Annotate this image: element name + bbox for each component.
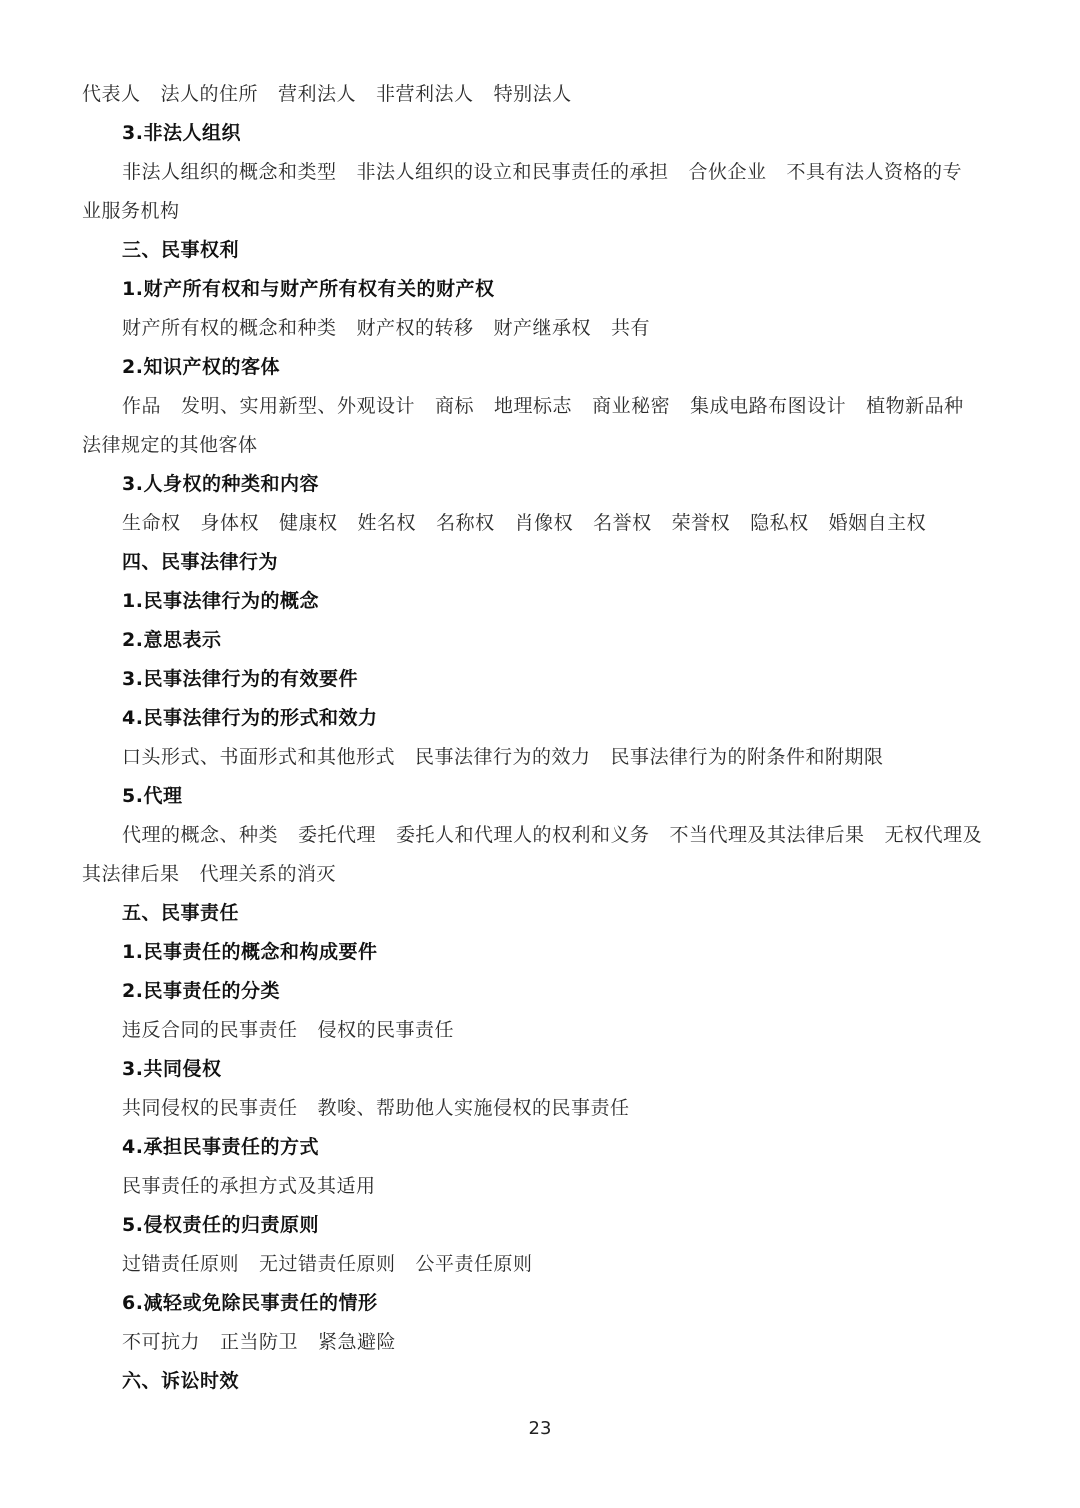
heading-text: 3.共同侵权: [122, 1058, 221, 1080]
topic-item: 特别法人: [494, 83, 572, 105]
topic-item: 侵权的民事责任: [318, 1019, 455, 1041]
paragraph-line: 作品发明、实用新型、外观设计商标地理标志商业秘密集成电路布图设计植物新品种: [122, 394, 1002, 418]
topic-item: 正当防卫: [220, 1331, 298, 1353]
heading-text: 4.承担民事责任的方式: [122, 1136, 319, 1158]
topic-item: 财产继承权: [494, 317, 592, 339]
document-page: 代表人法人的住所营利法人非营利法人特别法人3.非法人组织非法人组织的概念和类型非…: [0, 0, 1080, 1508]
topic-item: 名称权: [436, 512, 495, 534]
topic-item: 财产所有权的概念和种类: [122, 317, 337, 339]
topic-item: 作品: [122, 395, 161, 417]
topic-item: 发明、实用新型、外观设计: [181, 395, 415, 417]
topic-item: 委托人和代理人的权利和义务: [396, 824, 650, 846]
section-heading: 1.民事责任的概念和构成要件: [122, 940, 1002, 964]
topic-item: 违反合同的民事责任: [122, 1019, 298, 1041]
topic-item: 荣誉权: [672, 512, 731, 534]
topic-item: 委托代理: [298, 824, 376, 846]
heading-text: 三、民事权利: [122, 239, 239, 261]
topic-item: 非法人组织的概念和类型: [122, 161, 337, 183]
section-heading: 五、民事责任: [122, 901, 1002, 925]
topic-item: 商业秘密: [592, 395, 670, 417]
paragraph-line: 代表人法人的住所营利法人非营利法人特别法人: [82, 82, 1002, 106]
topic-item: 法律规定的其他客体: [82, 434, 258, 456]
section-heading: 2.意思表示: [122, 628, 1002, 652]
paragraph-line: 财产所有权的概念和种类财产权的转移财产继承权共有: [122, 316, 1002, 340]
topic-item: 身体权: [201, 512, 260, 534]
topic-item: 姓名权: [358, 512, 417, 534]
paragraph-line: 生命权身体权健康权姓名权名称权肖像权名誉权荣誉权隐私权婚姻自主权: [122, 511, 1002, 535]
topic-item: 代表人: [82, 83, 141, 105]
topic-item: 植物新品种: [866, 395, 964, 417]
topic-item: 法人的住所: [161, 83, 259, 105]
heading-text: 5.代理: [122, 785, 182, 807]
topic-item: 不具有法人资格的专: [787, 161, 963, 183]
topic-item: 共同侵权的民事责任: [122, 1097, 298, 1119]
page-number: 23: [0, 1418, 1080, 1439]
heading-text: 2.知识产权的客体: [122, 356, 280, 378]
topic-item: 过错责任原则: [122, 1253, 239, 1275]
section-heading: 2.知识产权的客体: [122, 355, 1002, 379]
heading-text: 1.财产所有权和与财产所有权有关的财产权: [122, 278, 494, 300]
topic-item: 健康权: [279, 512, 338, 534]
topic-item: 财产权的转移: [357, 317, 474, 339]
paragraph-line: 过错责任原则无过错责任原则公平责任原则: [122, 1252, 1002, 1276]
heading-text: 4.民事法律行为的形式和效力: [122, 707, 377, 729]
heading-text: 1.民事法律行为的概念: [122, 590, 319, 612]
paragraph-line: 代理的概念、种类委托代理委托人和代理人的权利和义务不当代理及其法律后果无权代理及: [122, 823, 1002, 847]
topic-item: 非法人组织的设立和民事责任的承担: [357, 161, 669, 183]
heading-text: 五、民事责任: [122, 902, 239, 924]
section-heading: 三、民事权利: [122, 238, 1002, 262]
topic-item: 营利法人: [278, 83, 356, 105]
paragraph-line: 共同侵权的民事责任教唆、帮助他人实施侵权的民事责任: [122, 1096, 1002, 1120]
section-heading: 3.人身权的种类和内容: [122, 472, 1002, 496]
paragraph-line: 法律规定的其他客体: [82, 433, 1002, 457]
topic-item: 民事法律行为的附条件和附期限: [611, 746, 884, 768]
topic-item: 紧急避险: [318, 1331, 396, 1353]
topic-item: 无权代理及: [885, 824, 983, 846]
topic-item: 教唆、帮助他人实施侵权的民事责任: [318, 1097, 630, 1119]
section-heading: 6.减轻或免除民事责任的情形: [122, 1291, 1002, 1315]
topic-item: 业服务机构: [82, 200, 180, 222]
section-heading: 3.共同侵权: [122, 1057, 1002, 1081]
topic-item: 不可抗力: [122, 1331, 200, 1353]
heading-text: 六、诉讼时效: [122, 1370, 239, 1392]
section-heading: 3.民事法律行为的有效要件: [122, 667, 1002, 691]
paragraph-line: 其法律后果代理关系的消灭: [82, 862, 1002, 886]
heading-text: 5.侵权责任的归责原则: [122, 1214, 319, 1236]
topic-item: 代理的概念、种类: [122, 824, 278, 846]
topic-item: 非营利法人: [376, 83, 474, 105]
topic-item: 代理关系的消灭: [200, 863, 337, 885]
paragraph-line: 非法人组织的概念和类型非法人组织的设立和民事责任的承担合伙企业不具有法人资格的专: [122, 160, 1002, 184]
topic-item: 民事责任的承担方式及其适用: [122, 1175, 376, 1197]
section-heading: 四、民事法律行为: [122, 550, 1002, 574]
section-heading: 5.代理: [122, 784, 1002, 808]
section-heading: 4.承担民事责任的方式: [122, 1135, 1002, 1159]
heading-text: 3.民事法律行为的有效要件: [122, 668, 358, 690]
paragraph-line: 业服务机构: [82, 199, 1002, 223]
topic-item: 肖像权: [515, 512, 574, 534]
topic-item: 合伙企业: [689, 161, 767, 183]
topic-item: 婚姻自主权: [829, 512, 927, 534]
paragraph-line: 违反合同的民事责任侵权的民事责任: [122, 1018, 1002, 1042]
topic-item: 隐私权: [750, 512, 809, 534]
section-heading: 六、诉讼时效: [122, 1369, 1002, 1393]
paragraph-line: 民事责任的承担方式及其适用: [122, 1174, 1002, 1198]
topic-item: 无过错责任原则: [259, 1253, 396, 1275]
section-heading: 1.民事法律行为的概念: [122, 589, 1002, 613]
topic-item: 公平责任原则: [416, 1253, 533, 1275]
heading-text: 3.非法人组织: [122, 122, 241, 144]
topic-item: 其法律后果: [82, 863, 180, 885]
topic-item: 地理标志: [494, 395, 572, 417]
section-heading: 1.财产所有权和与财产所有权有关的财产权: [122, 277, 1002, 301]
section-heading: 5.侵权责任的归责原则: [122, 1213, 1002, 1237]
topic-item: 口头形式、书面形式和其他形式: [122, 746, 395, 768]
heading-text: 3.人身权的种类和内容: [122, 473, 319, 495]
topic-item: 不当代理及其法律后果: [670, 824, 865, 846]
heading-text: 四、民事法律行为: [122, 551, 278, 573]
topic-item: 集成电路布图设计: [690, 395, 846, 417]
heading-text: 2.意思表示: [122, 629, 221, 651]
heading-text: 1.民事责任的概念和构成要件: [122, 941, 377, 963]
heading-text: 6.减轻或免除民事责任的情形: [122, 1292, 377, 1314]
paragraph-line: 不可抗力正当防卫紧急避险: [122, 1330, 1002, 1354]
section-heading: 4.民事法律行为的形式和效力: [122, 706, 1002, 730]
topic-item: 生命权: [122, 512, 181, 534]
topic-item: 商标: [435, 395, 474, 417]
section-heading: 2.民事责任的分类: [122, 979, 1002, 1003]
section-heading: 3.非法人组织: [122, 121, 1002, 145]
topic-item: 民事法律行为的效力: [415, 746, 591, 768]
paragraph-line: 口头形式、书面形式和其他形式民事法律行为的效力民事法律行为的附条件和附期限: [122, 745, 1002, 769]
topic-item: 共有: [611, 317, 650, 339]
heading-text: 2.民事责任的分类: [122, 980, 280, 1002]
topic-item: 名誉权: [593, 512, 652, 534]
